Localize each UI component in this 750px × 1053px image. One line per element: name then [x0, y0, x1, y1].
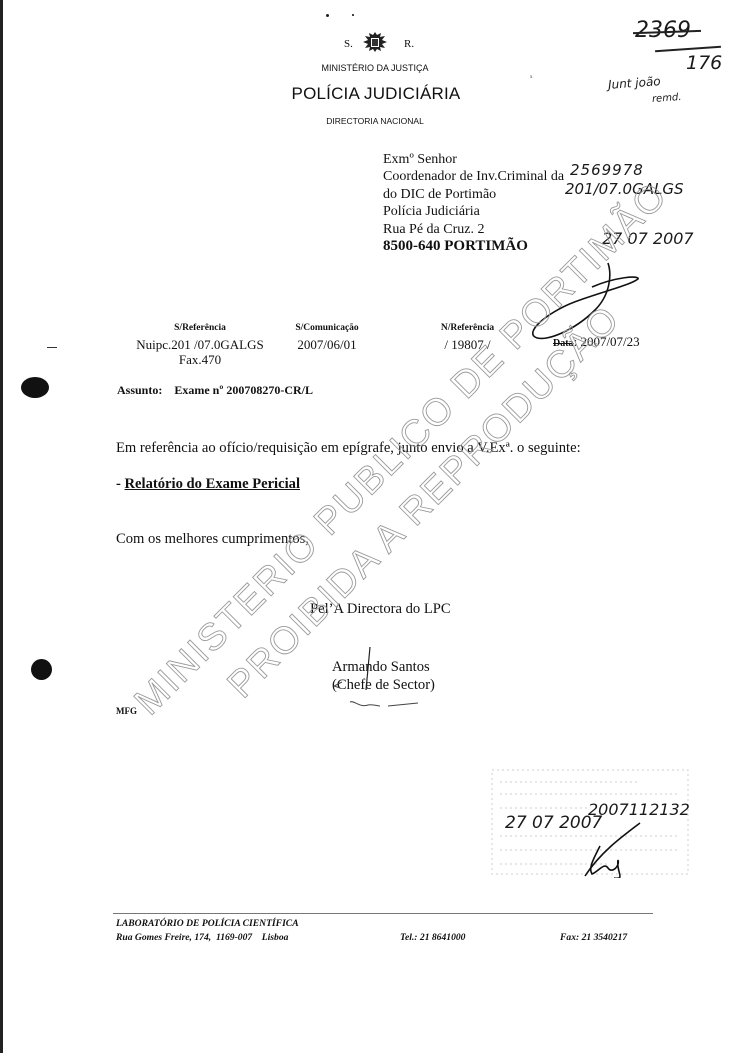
subject-label: Assunto:: [117, 383, 162, 397]
footer-fax: Fax: 21 3540217: [560, 931, 627, 945]
closing-text: Com os melhores cumprimentos,: [116, 531, 309, 548]
ref-value: 2007/06/01: [282, 337, 372, 352]
ref-value: Fax.470: [130, 352, 270, 367]
punch-hole: [31, 659, 52, 680]
handwritten-nuipc: 201/07.0GALGS: [565, 180, 683, 198]
handwritten-date: 27 07 2007: [602, 229, 694, 248]
ref-label: S/Comunicação: [282, 321, 372, 336]
ref-label: S/Referência: [130, 321, 270, 336]
item-prefix: -: [116, 476, 125, 492]
stamp-entry-number: 2007112132: [588, 800, 690, 819]
stamp-entry-date: 27 07 2007: [505, 813, 602, 833]
subject-value: Exame nº 200708270-CR/L: [174, 383, 313, 397]
item-title: Relatório do Exame Pericial: [125, 476, 300, 492]
organization-name: POLÍCIA JUDICIÁRIA: [285, 84, 467, 104]
emblem-right-letter: R.: [404, 38, 414, 50]
handwritten-page-number: 176: [686, 52, 722, 74]
emblem-left-letter: S.: [344, 38, 353, 50]
handwritten-process-number: 2569978: [570, 161, 644, 179]
footer-address: Rua Gomes Freire, 174, 1169-007 Lisboa: [116, 931, 299, 945]
handwritten-note: Junt joão: [608, 74, 661, 92]
signature-icon: [330, 642, 440, 722]
punch-hole: [21, 377, 49, 398]
footer-divider: [113, 913, 653, 914]
addressee-block: Exmº Senhor Coordenador de Inv.Criminal …: [383, 151, 564, 255]
ministry-name: MINISTÉRIO DA JUSTIÇA: [300, 63, 450, 73]
addressee-line: Rua Pé da Cruz. 2: [383, 221, 564, 238]
ref-s-comunicacao: S/Comunicação 2007/06/01: [282, 321, 372, 352]
on-behalf-line: Pel’A Directora do LPC: [310, 601, 451, 618]
addressee-line: do DIC de Portimão: [383, 186, 564, 203]
ref-value: Nuipc.201 /07.0GALGS: [130, 337, 270, 352]
margin-mark: [47, 347, 57, 348]
department-name: DIRECTORIA NACIONAL: [300, 116, 450, 126]
watermark: MINISTERIO PUBLICO DE PORTIMÃO PROIBIDA …: [0, 0, 750, 1053]
handwritten-note: remd.: [652, 92, 682, 105]
addressee-line: Polícia Judiciária: [383, 203, 564, 220]
ref-s-referencia: S/Referência Nuipc.201 /07.0GALGS Fax.47…: [130, 321, 270, 367]
coat-of-arms-icon: [360, 31, 390, 53]
footer-phone: Tel.: 21 8641000: [400, 931, 465, 945]
addressee-postal: 8500-640 PORTIMÃO: [383, 238, 564, 255]
addressee-line: Exmº Senhor: [383, 151, 564, 168]
scan-speck: ˣ: [530, 73, 532, 82]
ref-n-referencia: N/Referência / 19807 /: [420, 321, 515, 352]
addressee-line: Coordenador de Inv.Criminal da: [383, 168, 564, 185]
scan-edge: [0, 0, 3, 1053]
ref-date: Data: 2007/07/23: [553, 334, 640, 350]
body-paragraph: Em referência ao ofício/requisição em ep…: [116, 440, 581, 457]
date-value: 2007/07/23: [580, 334, 639, 349]
scan-speck: [352, 14, 354, 16]
author-initials: MFG: [116, 706, 137, 716]
enclosure-item: - Relatório do Exame Pericial: [116, 476, 300, 493]
ref-value: / 19807 /: [420, 337, 515, 352]
footer-lab-name: LABORATÓRIO DE POLÍCIA CIENTÍFICA: [116, 917, 299, 931]
date-label: Data: [553, 338, 574, 349]
subject-line: Assunto:Exame nº 200708270-CR/L: [117, 383, 313, 398]
ref-label: N/Referência: [420, 321, 515, 336]
footer-address-block: LABORATÓRIO DE POLÍCIA CIENTÍFICA Rua Go…: [116, 917, 299, 945]
scan-speck: [326, 14, 329, 17]
